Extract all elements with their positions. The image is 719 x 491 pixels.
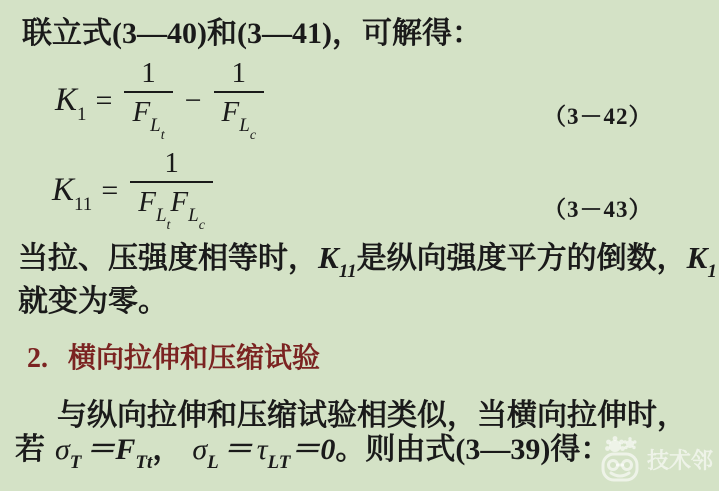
var-F: F: [222, 96, 240, 128]
equation-number-3-43: （3－43）: [543, 191, 653, 224]
paragraph-transverse-line2: 若σT＝FTt，σL＝τLT＝0。则由式(3—39)得：: [15, 424, 610, 468]
sub-L: Lt: [156, 200, 170, 233]
var-tau-LT-sub: LT: [267, 452, 290, 474]
watermark: 技术邻: [598, 435, 713, 483]
equals-fullwidth: ＝: [223, 433, 253, 466]
paragraph-strength-equal: 当拉、压强度相等时，K11是纵向强度平方的倒数，K1就变为零。: [18, 238, 718, 321]
var-F: F: [170, 186, 188, 218]
var-F: F: [138, 186, 156, 218]
fraction-denominator: FLtFLc: [130, 181, 213, 233]
fraction-2-numerator: 1: [214, 58, 265, 91]
intro-text: 联立式(3—40)和(3—41)，可解得：: [22, 8, 482, 52]
var-sigma-L-sub: L: [207, 452, 219, 474]
var-K1-sub: 1: [707, 252, 717, 291]
subsub-t: t: [167, 210, 171, 241]
text-ruo: 若: [15, 433, 45, 466]
eq1-subscript: 1: [77, 104, 87, 126]
var-K1: K1: [687, 242, 717, 275]
eq2-subscript: 11: [74, 194, 92, 216]
sub-L-letter: L: [150, 115, 161, 136]
var-sigma-T-sub: T: [70, 452, 82, 474]
section-heading: 2.横向拉伸和压缩试验: [27, 336, 320, 376]
section-title: 横向拉伸和压缩试验: [68, 343, 320, 374]
para1-text-3: 就变为零。: [18, 285, 168, 318]
var-F-Tt: F: [115, 433, 135, 466]
sub-L: Lt: [150, 110, 164, 143]
var-F: F: [132, 96, 150, 128]
comma: ，: [152, 433, 182, 466]
subsub-c: c: [199, 210, 205, 241]
sub-L-letter: L: [188, 205, 199, 226]
para1-text-1: 当拉、压强度相等时，: [18, 242, 318, 275]
fraction: 1 FLtFLc: [130, 148, 213, 233]
fraction-2: 1 FLc: [214, 58, 265, 143]
equals-sign: =: [101, 174, 118, 208]
sub-L-letter: L: [239, 115, 250, 136]
sub-L-letter: L: [156, 205, 167, 226]
var-tau-LT: τ: [257, 433, 268, 466]
var-sigma-T: σ: [55, 433, 70, 466]
fraction-1: 1 FLt: [124, 58, 172, 143]
var-K11-sub: 11: [339, 252, 357, 291]
equals-sign: =: [96, 84, 113, 118]
equation-number-3-42: （3－42）: [543, 98, 653, 131]
eq1-variable-K: K: [55, 82, 77, 118]
eq2-variable-K: K: [52, 172, 74, 208]
var-K11-letter: K: [318, 240, 339, 275]
equals-fullwidth: ＝: [290, 433, 320, 466]
fraction-numerator: 1: [130, 148, 213, 181]
minus-sign: −: [185, 84, 202, 118]
sub-L: Lc: [239, 110, 256, 143]
var-sigma-L: σ: [192, 433, 207, 466]
var-F-Tt-sub: Tt: [135, 452, 152, 474]
equation-k11: K11 = 1 FLtFLc: [52, 148, 216, 233]
zero-value: 0: [320, 433, 335, 466]
para1-text-2: 是纵向强度平方的倒数，: [357, 242, 687, 275]
eq1-lhs: K1: [55, 82, 87, 119]
equals-fullwidth: ＝: [85, 433, 115, 466]
sub-L: Lc: [188, 200, 205, 233]
section-number: 2.: [27, 343, 48, 374]
para2-tail-text: 。则由式(3—39)得：: [335, 433, 610, 466]
jishulin-logo-icon: [598, 435, 644, 483]
var-K11: K11: [318, 242, 357, 275]
fraction-1-numerator: 1: [124, 58, 172, 91]
watermark-label: 技术邻: [647, 444, 713, 475]
eq2-lhs: K11: [52, 172, 92, 209]
var-K1-letter: K: [687, 240, 708, 275]
fraction-1-denominator: FLt: [124, 91, 172, 143]
fraction-2-denominator: FLc: [214, 91, 265, 143]
slide: 联立式(3—40)和(3—41)，可解得： K1 = 1 FLt − 1 FLc…: [0, 0, 719, 491]
subsub-c: c: [250, 120, 256, 151]
equation-k1: K1 = 1 FLt − 1 FLc: [55, 58, 267, 143]
